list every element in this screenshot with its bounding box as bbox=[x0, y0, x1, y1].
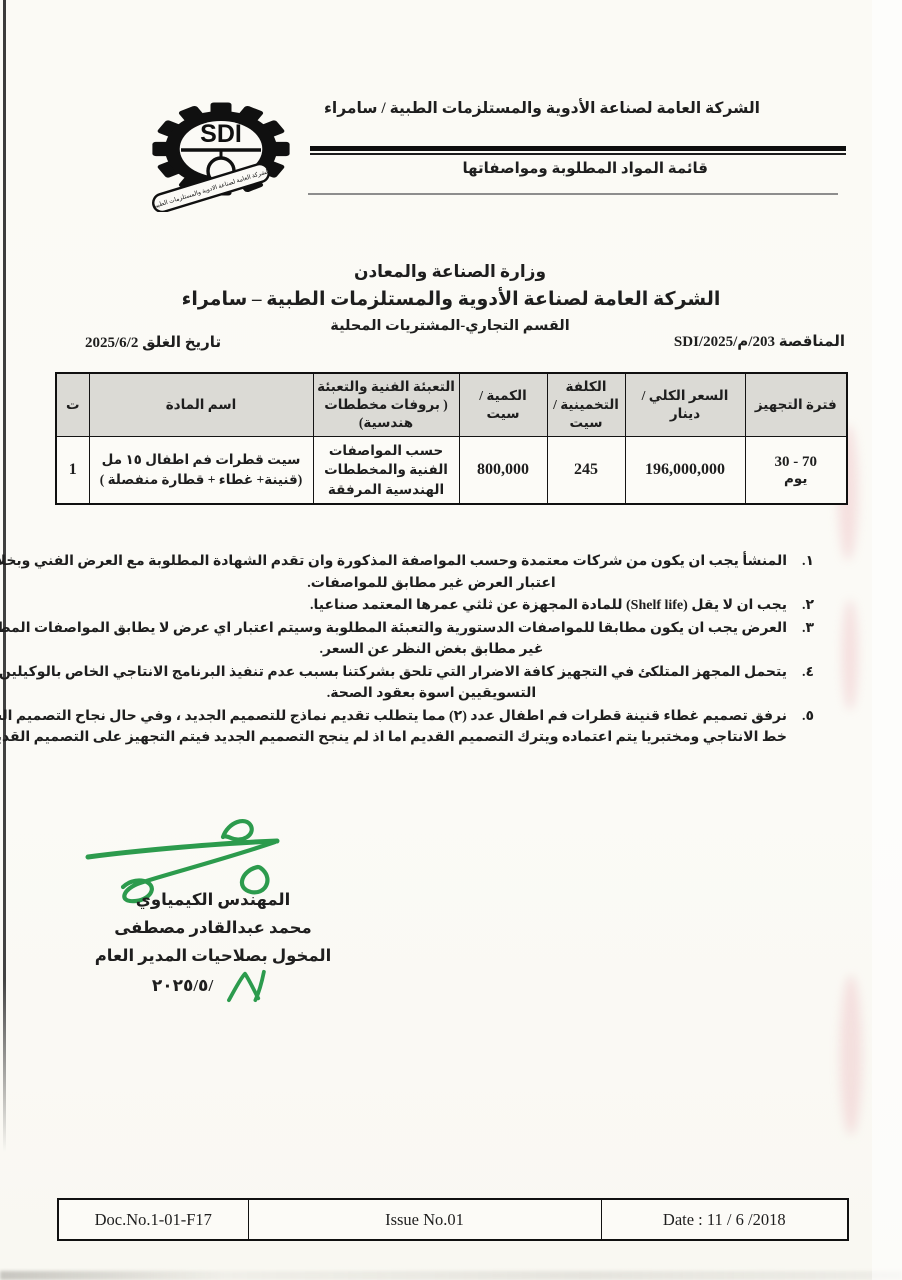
cell-seq: 1 bbox=[56, 437, 89, 505]
signer-title: المهندس الكيمياوي bbox=[58, 886, 368, 914]
note-line: المنشأ يجب ان يكون من شركات معتمدة وحسب … bbox=[76, 551, 787, 573]
cell-estimated-cost: 245 bbox=[547, 437, 625, 505]
supply-period-unit: يوم bbox=[749, 471, 844, 487]
note-item-3: ٣. العرض يجب ان يكون مطابقا للمواصفات ال… bbox=[76, 618, 814, 661]
note-line: التسويقيين اسوة بعقود الصحة. bbox=[76, 683, 787, 705]
sdi-logo: SDI الشركة العامة لصناعة الادوية والمستل… bbox=[145, 100, 305, 212]
cell-packing: حسب المواصفات الفنية والمخططات الهندسية … bbox=[313, 437, 459, 505]
table-header-row: ت اسم المادة التعبئة الفنية والتعبئة ( ب… bbox=[56, 373, 847, 437]
cell-material-name: سيت قطرات فم اطفال ١٥ مل (قنينة+ غطاء + … bbox=[89, 437, 313, 505]
signer-role: المخول بصلاحيات المدير العام bbox=[58, 942, 368, 970]
scan-bottom-shadow bbox=[0, 1271, 902, 1280]
material-line-2: (قنينة+ غطاء + قطارة منفصلة ) bbox=[93, 470, 310, 490]
note-line: يتحمل المجهز المتلكئ في التجهيز كافة الا… bbox=[76, 662, 787, 684]
note-item-5: ٥. نرفق تصميم غطاء قنينة قطرات فم اطفال … bbox=[76, 706, 814, 749]
note-line: يجب ان لا يقل (Shelf life) للمادة المجهز… bbox=[76, 595, 787, 617]
note-line: خط الانتاجي ومختبريا يتم اعتماده ويترك ا… bbox=[76, 727, 787, 749]
scanned-tender-document: { "page": { "paper_color": "#fbfaf6", "i… bbox=[0, 0, 902, 1280]
scan-pink-smudge bbox=[842, 600, 858, 710]
note-item-4: ٤. يتحمل المجهز المتلكئ في التجهيز كافة … bbox=[76, 662, 814, 705]
cell-total-price: 196,000,000 bbox=[625, 437, 745, 505]
table-row: 1 سيت قطرات فم اطفال ١٥ مل (قنينة+ غطاء … bbox=[56, 437, 847, 505]
footer-table: Doc.No.1-01-F17 Issue No.01 Date : 11 / … bbox=[57, 1198, 849, 1241]
note-number: ١. bbox=[794, 551, 814, 594]
note-item-2: ٢. يجب ان لا يقل (Shelf life) للمادة الم… bbox=[76, 595, 814, 617]
notes-section: ١. المنشأ يجب ان يكون من شركات معتمدة وح… bbox=[76, 551, 814, 750]
letterhead-company-line: الشركة العامة لصناعة الأدوية والمستلزمات… bbox=[300, 99, 760, 119]
footer-doc-no: Doc.No.1-01-F17 bbox=[58, 1199, 248, 1240]
note-number: ٣. bbox=[794, 618, 814, 661]
header-supply-period: فترة التجهيز bbox=[745, 373, 847, 437]
footer-row: Doc.No.1-01-F17 Issue No.01 Date : 11 / … bbox=[58, 1199, 848, 1240]
handwritten-day bbox=[216, 969, 274, 1003]
note-line: غير مطابق بغض النظر عن السعر. bbox=[76, 639, 787, 661]
header-estimated-cost: الكلفة التخمينية / سيت bbox=[547, 373, 625, 437]
company-title: الشركة العامة لصناعة الأدوية والمستلزمات… bbox=[76, 288, 826, 311]
footer-date: Date : 11 / 6 /2018 bbox=[601, 1199, 848, 1240]
footer-issue-no: Issue No.01 bbox=[248, 1199, 601, 1240]
header-total-price: السعر الكلي / دينار bbox=[625, 373, 745, 437]
letterhead-rule-thin bbox=[308, 193, 838, 195]
header-quantity: الكمية / سيت bbox=[459, 373, 547, 437]
scan-edge-line bbox=[3, 0, 6, 1152]
scan-pink-smudge bbox=[840, 975, 862, 1135]
letterhead-doc-list-title: قائمة المواد المطلوبة ومواصفاتها bbox=[388, 159, 708, 178]
header-seq: ت bbox=[56, 373, 89, 437]
note-line: العرض يجب ان يكون مطابقا للمواصفات الدست… bbox=[76, 618, 787, 640]
signer-name: محمد عبدالقادر مصطفى bbox=[58, 914, 368, 942]
note-number: ٥. bbox=[794, 706, 814, 749]
note-item-1: ١. المنشأ يجب ان يكون من شركات معتمدة وح… bbox=[76, 551, 814, 594]
note-line: نرفق تصميم غطاء قنينة قطرات فم اطفال عدد… bbox=[76, 706, 787, 728]
header-material-name: اسم المادة bbox=[89, 373, 313, 437]
scan-right-margin bbox=[872, 0, 902, 1280]
letterhead-rule-thick-2 bbox=[310, 153, 846, 155]
signature-block: المهندس الكيمياوي محمد عبدالقادر مصطفى ا… bbox=[58, 886, 368, 1002]
closing-date: تاريخ الغلق 2025/6/2 bbox=[85, 333, 345, 352]
note-number: ٢. bbox=[794, 595, 814, 617]
cell-quantity: 800,000 bbox=[459, 437, 547, 505]
tender-number: المناقصة 203/م/SDI/2025 bbox=[500, 332, 845, 351]
note-line: اعتبار العرض غير مطابق للمواصفات. bbox=[76, 573, 787, 595]
logo-acronym: SDI bbox=[200, 120, 242, 148]
signature-date: ٢٠٢٥/٥/ bbox=[58, 970, 368, 1002]
note-number: ٤. bbox=[794, 662, 814, 705]
letterhead-rule-thick bbox=[310, 146, 846, 151]
cell-supply-period: 30 - 70 يوم bbox=[745, 437, 847, 505]
header-technical-packing: التعبئة الفنية والتعبئة ( بروفات مخططات … bbox=[313, 373, 459, 437]
ministry-title: وزارة الصناعة والمعادن bbox=[200, 262, 700, 282]
materials-table: ت اسم المادة التعبئة الفنية والتعبئة ( ب… bbox=[55, 372, 848, 505]
material-line-1: سيت قطرات فم اطفال ١٥ مل bbox=[93, 450, 310, 470]
supply-period-range: 30 - 70 bbox=[749, 454, 844, 471]
signature-date-typed: ٢٠٢٥/٥/ bbox=[152, 972, 213, 1000]
